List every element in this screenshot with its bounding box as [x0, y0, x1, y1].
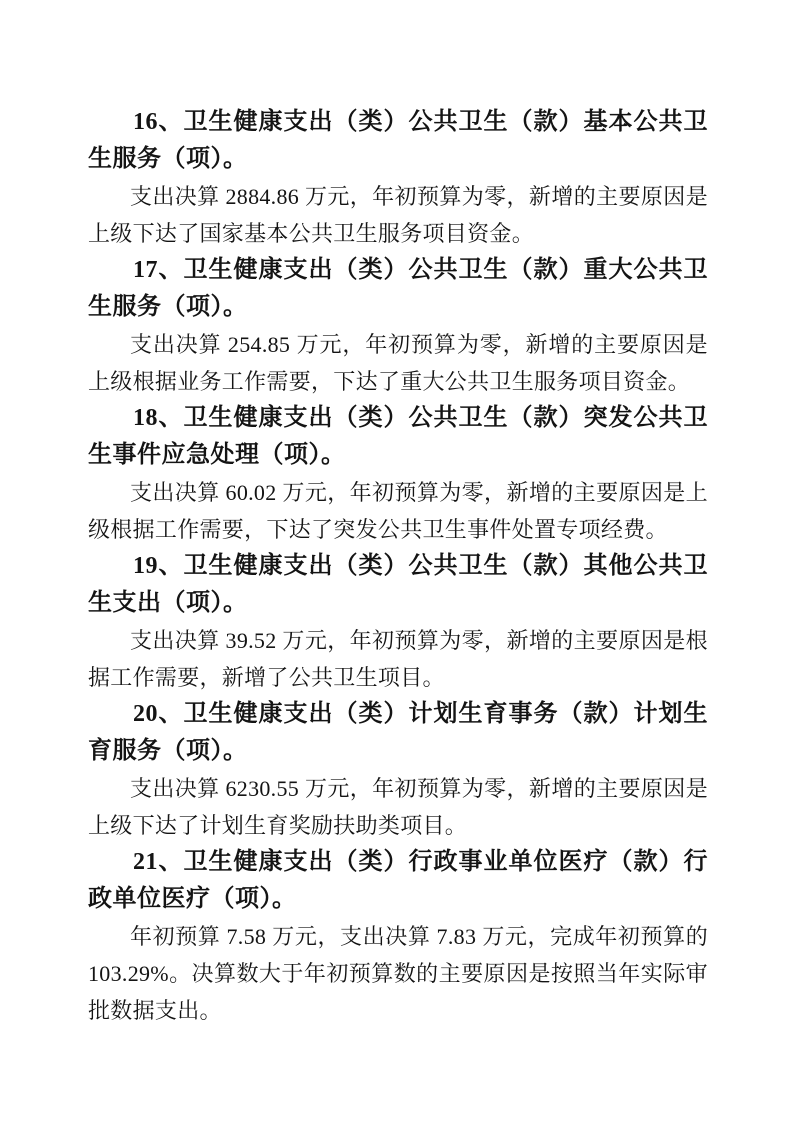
section-16-body: 支出决算 2884.86 万元，年初预算为零，新增的主要原因是上级下达了国家基本… — [88, 178, 708, 252]
section-18-body: 支出决算 60.02 万元，年初预算为零，新增的主要原因是上级根据工作需要，下达… — [88, 474, 708, 548]
section-16: 16、卫生健康支出（类）公共卫生（款）基本公共卫生服务（项）。 支出决算 288… — [88, 104, 708, 252]
section-18: 18、卫生健康支出（类）公共卫生（款）突发公共卫生事件应急处理（项）。 支出决算… — [88, 400, 708, 548]
section-20-heading: 20、卫生健康支出（类）计划生育事务（款）计划生育服务（项）。 — [88, 696, 708, 770]
section-19: 19、卫生健康支出（类）公共卫生（款）其他公共卫生支出（项）。 支出决算 39.… — [88, 548, 708, 696]
document-page: 16、卫生健康支出（类）公共卫生（款）基本公共卫生服务（项）。 支出决算 288… — [0, 0, 793, 1122]
section-20: 20、卫生健康支出（类）计划生育事务（款）计划生育服务（项）。 支出决算 623… — [88, 696, 708, 844]
section-21-heading: 21、卫生健康支出（类）行政事业单位医疗（款）行政单位医疗（项）。 — [88, 844, 708, 918]
section-16-heading: 16、卫生健康支出（类）公共卫生（款）基本公共卫生服务（项）。 — [88, 104, 708, 178]
section-19-body: 支出决算 39.52 万元，年初预算为零，新增的主要原因是根据工作需要，新增了公… — [88, 622, 708, 696]
section-17: 17、卫生健康支出（类）公共卫生（款）重大公共卫生服务（项）。 支出决算 254… — [88, 252, 708, 400]
section-17-heading: 17、卫生健康支出（类）公共卫生（款）重大公共卫生服务（项）。 — [88, 252, 708, 326]
section-20-body: 支出决算 6230.55 万元，年初预算为零，新增的主要原因是上级下达了计划生育… — [88, 770, 708, 844]
section-21: 21、卫生健康支出（类）行政事业单位医疗（款）行政单位医疗（项）。 年初预算 7… — [88, 844, 708, 1029]
section-19-heading: 19、卫生健康支出（类）公共卫生（款）其他公共卫生支出（项）。 — [88, 548, 708, 622]
section-17-body: 支出决算 254.85 万元，年初预算为零，新增的主要原因是上级根据业务工作需要… — [88, 326, 708, 400]
section-21-body: 年初预算 7.58 万元，支出决算 7.83 万元，完成年初预算的 103.29… — [88, 918, 708, 1029]
section-18-heading: 18、卫生健康支出（类）公共卫生（款）突发公共卫生事件应急处理（项）。 — [88, 400, 708, 474]
